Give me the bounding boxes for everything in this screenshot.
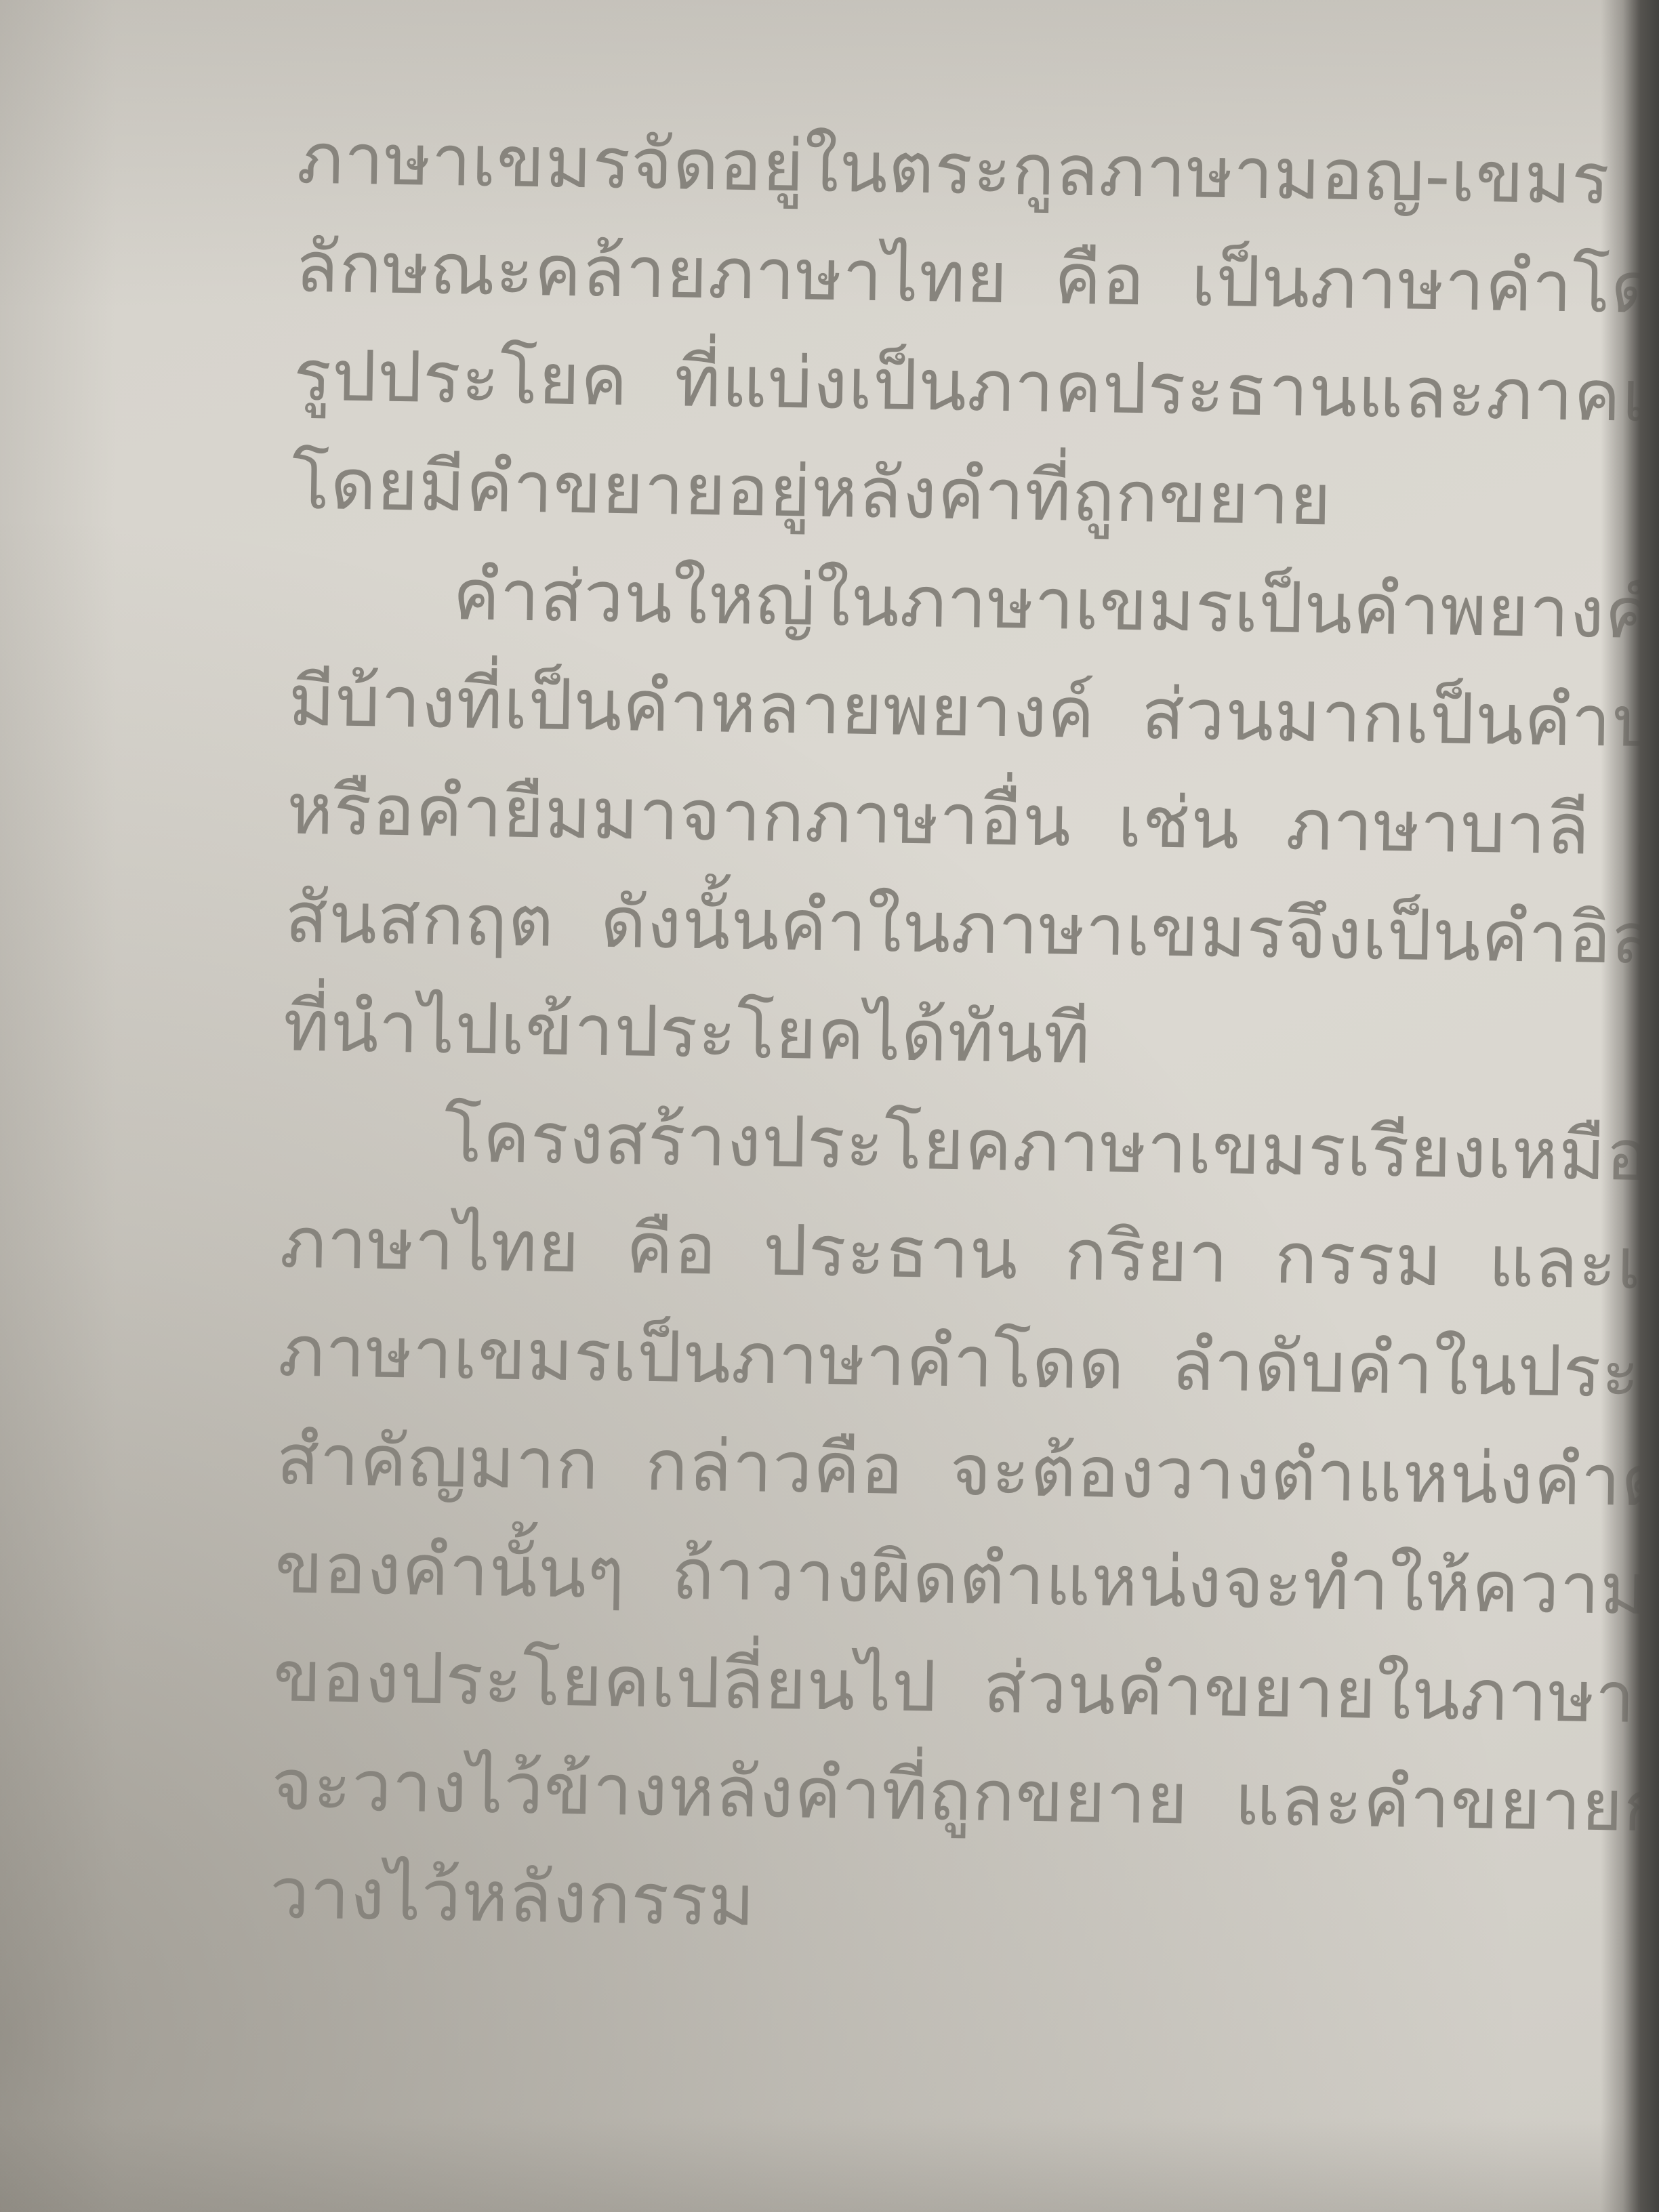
text-line: จะวางไว้ข้างหลังคำที่ถูกขยาย และคำขยายกร… xyxy=(270,1730,1532,1858)
text-line: รูปประโยค ที่แบ่งเป็นภาคประธานและภาคแสดง xyxy=(293,321,1555,449)
text-line: มีบ้างที่เป็นคำหลายพยางค์ ส่วนมากเป็นคำป… xyxy=(287,646,1549,774)
text-line: โดยมีคำขยายอยู่หลังคำที่ถูกขยาย xyxy=(291,430,1553,558)
text-line: ภาษาเขมรเป็นภาษาคำโดด ลำดับคำในประโยคจึง xyxy=(277,1296,1539,1425)
text-line: ที่นำไปเข้าประโยคได้ทันที xyxy=(283,971,1544,1099)
book-page-photo: ภาษาเขมรจัดอยู่ในตระกูลภาษามอญ-เขมร มี ล… xyxy=(0,0,1659,2212)
text-line: ลักษณะคล้ายภาษาไทย คือ เป็นภาษาคำโดด และ… xyxy=(294,213,1556,341)
text-line: ภาษาเขมรจัดอยู่ในตระกูลภาษามอญ-เขมร มี xyxy=(296,104,1558,232)
text-line: ของคำนั้นๆ ถ้าวางผิดตำแหน่งจะทำให้ความหม… xyxy=(274,1513,1536,1641)
book-edge-shadow xyxy=(1601,0,1659,2212)
text-line: ของประโยคเปลี่ยนไป ส่วนคำขยายในภาษาเขมร xyxy=(272,1622,1534,1750)
text-line-paragraph-start: คำส่วนใหญ่ในภาษาเขมรเป็นคำพยางค์เดียว xyxy=(289,537,1551,665)
text-line: ภาษาไทย คือ ประธาน กริยา กรรม และเนื่องจ… xyxy=(279,1188,1541,1316)
text-line: สันสกฤต ดังนั้นคำในภาษาเขมรจึงเป็นคำอิสร… xyxy=(284,863,1546,991)
page-bottom-shading xyxy=(0,2117,1659,2212)
text-line: สำคัญมาก กล่าวคือ จะต้องวางตำแหน่งคำตามห… xyxy=(276,1405,1538,1533)
page-text-block: ภาษาเขมรจัดอยู่ในตระกูลภาษามอญ-เขมร มี ล… xyxy=(269,104,1558,1967)
text-line: หรือคำยืมมาจากภาษาอื่น เช่น ภาษาบาลี ภาษ… xyxy=(286,754,1548,882)
text-line: วางไว้หลังกรรม xyxy=(269,1839,1531,1967)
text-line-paragraph-start: โครงสร้างประโยคภาษาเขมรเรียงเหมือน xyxy=(281,1080,1542,1208)
